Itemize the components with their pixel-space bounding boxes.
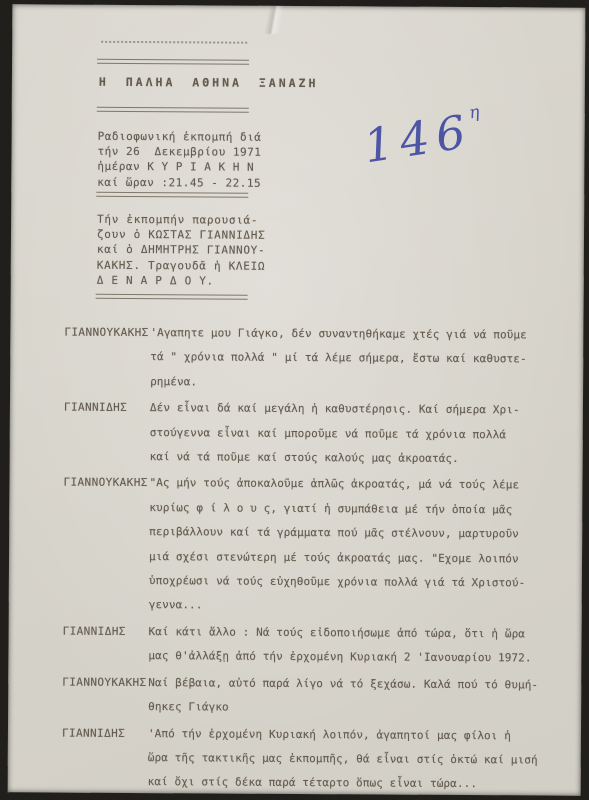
dialogue-block: ΓΙΑΝΝΙΔΗΣ Δέν εἶναι δά καί μεγάλη ἡ καθυ… <box>64 396 556 472</box>
presenters-credit: Τήν ἐκπομπήν παρουσιά- ζουν ὁ ΚΩΣΤΑΣ ΓΙΑ… <box>97 212 266 289</box>
dialogue-text: Καί κάτι ἄλλο : Νά τούς εἰδοποιήσωμε ἀπό… <box>148 620 531 671</box>
dialogue-text: 'Από τήν ἐρχομένη Κυριακή λοιπόν, ἀγαπητ… <box>148 722 538 796</box>
dialogue-block: ΓΙΑΝΝΙΔΗΣ 'Από τήν ἐρχομένη Κυριακή λοιπ… <box>62 721 554 796</box>
handwritten-episode-number: 146η <box>360 102 486 173</box>
speaker-label: ΓΙΑΝΝΙΔΗΣ <box>62 721 148 795</box>
dialogue-text: "Ας μήν τούς ἀποκαλοῦμε ἁπλῶς ἀκροατάς, … <box>149 472 526 621</box>
dialogue-list: ΓΙΑΝΝΟΥΚΑΚΗΣ 'Αγαπητε μου Γιάγκο, δέν συ… <box>62 321 557 796</box>
dialogue-text: 'Αγαπητε μου Γιάγκο, δέν συναντηθήκαμε χ… <box>150 321 527 397</box>
speaker-label: ΓΙΑΝΝΟΥΚΑΚΗΣ <box>64 321 150 395</box>
speaker-label: ΓΙΑΝΝΟΥΚΑΚΗΣ <box>63 471 150 618</box>
scanned-page: Η ΠΑΛΗΑ ΑΘΗΝΑ ΞΑΝΑΖΗ Ραδιοφωνική ἐκπομπή… <box>8 4 586 795</box>
dialogue-block: ΓΙΑΝΝΟΥΚΑΚΗΣ Ναί βέβαια, αὐτό παρά λίγο … <box>62 670 554 722</box>
divider-line <box>97 59 249 64</box>
speaker-label: ΓΙΑΝΝΙΔΗΣ <box>64 396 150 470</box>
divider-line <box>97 107 249 112</box>
dialogue-text: Δέν εἶναι δά καί μεγάλη ἡ καθυστέρησις. … <box>150 396 520 471</box>
divider-line <box>96 294 248 299</box>
dotted-divider <box>101 41 247 44</box>
handwritten-number: 146 <box>360 104 476 174</box>
divider-line <box>96 192 248 197</box>
handwritten-suffix: η <box>468 102 481 123</box>
dialogue-block: ΓΙΑΝΝΟΥΚΑΚΗΣ 'Αγαπητε μου Γιάγκο, δέν συ… <box>64 321 556 397</box>
speaker-label: ΓΙΑΝΝΙΔΗΣ <box>62 619 148 668</box>
dialogue-text: Ναί βέβαια, αὐτό παρά λίγο νά τό ξεχάσω.… <box>148 671 538 722</box>
page-title: Η ΠΑΛΗΑ ΑΘΗΝΑ ΞΑΝΑΖΗ <box>99 75 319 90</box>
speaker-label: ΓΙΑΝΝΟΥΚΑΚΗΣ <box>62 670 148 719</box>
dialogue-block: ΓΙΑΝΝΟΥΚΑΚΗΣ "Ας μήν τούς ἀποκαλοῦμε ἁπλ… <box>63 471 556 620</box>
dialogue-block: ΓΙΑΝΝΙΔΗΣ Καί κάτι ἄλλο : Νά τούς εἰδοπο… <box>62 619 554 671</box>
paper-crease <box>227 6 317 35</box>
broadcast-info: Ραδιοφωνική ἐκπομπή διά τήν 26 Δεκεμβρίο… <box>97 129 261 191</box>
